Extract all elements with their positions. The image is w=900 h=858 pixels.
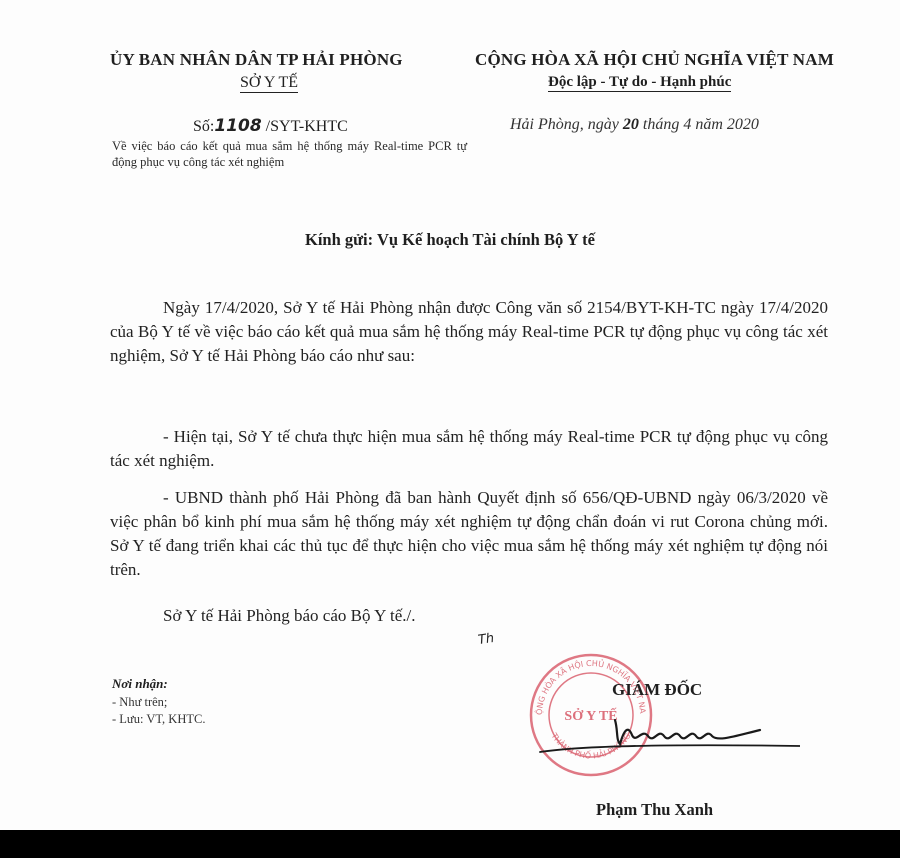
recipients-item: - Lưu: VT, KHTC. xyxy=(112,712,205,727)
national-title: CỘNG HÒA XÃ HỘI CHỦ NGHĨA VIỆT NAM xyxy=(475,50,834,70)
body-paragraph-text: Ngày 17/4/2020, Sở Y tế Hải Phòng nhận đ… xyxy=(110,296,828,368)
date-day-handwritten: 20 xyxy=(623,116,639,133)
recipient-line: Kính gửi: Vụ Kế hoạch Tài chính Bộ Y tế xyxy=(0,230,900,250)
body-paragraph-text: Sở Y tế Hải Phòng báo cáo Bộ Y tế./. xyxy=(110,604,828,628)
signer-title: GIÁM ĐỐC xyxy=(612,680,702,700)
body-paragraph: - Hiện tại, Sở Y tế chưa thực hiện mua s… xyxy=(110,425,828,473)
issuer-department: SỞ Y TẾ xyxy=(240,74,298,92)
body-paragraph: Sở Y tế Hải Phòng báo cáo Bộ Y tế./. xyxy=(110,604,828,628)
national-motto: Độc lập - Tự do - Hạnh phúc xyxy=(548,74,731,91)
handwritten-signature-icon xyxy=(520,700,800,760)
recipients-item: - Như trên; xyxy=(112,695,167,710)
signer-name: Phạm Thu Xanh xyxy=(596,800,713,820)
body-paragraph: Ngày 17/4/2020, Sở Y tế Hải Phòng nhận đ… xyxy=(110,296,828,368)
recipients-title: Nơi nhận: xyxy=(112,676,168,692)
issuer-department-text: SỞ Y TẾ xyxy=(240,74,298,93)
body-paragraph: - UBND thành phố Hải Phòng đã ban hành Q… xyxy=(110,486,828,582)
issuer-authority: ỦY BAN NHÂN DÂN TP HẢI PHÒNG xyxy=(110,50,403,70)
body-paragraph-text: - Hiện tại, Sở Y tế chưa thực hiện mua s… xyxy=(110,425,828,473)
bottom-black-bar xyxy=(0,830,900,858)
document-page: ỦY BAN NHÂN DÂN TP HẢI PHÒNG SỞ Y TẾ CỘN… xyxy=(0,0,900,830)
document-number-handwritten: 1108 xyxy=(214,116,261,136)
document-number: Số:1108 /SYT-KHTC xyxy=(193,116,348,136)
date-prefix: Hải Phòng, ngày xyxy=(510,116,623,133)
document-number-prefix: Số: xyxy=(193,118,214,135)
document-subject: Về việc báo cáo kết quả mua sắm hệ thống… xyxy=(112,138,467,170)
document-number-suffix: /SYT-KHTC xyxy=(262,118,348,135)
handwritten-initials: Th xyxy=(477,631,495,648)
national-motto-text: Độc lập - Tự do - Hạnh phúc xyxy=(548,74,731,92)
body-paragraph-text: - UBND thành phố Hải Phòng đã ban hành Q… xyxy=(110,486,828,582)
date-line: Hải Phòng, ngày 20 tháng 4 năm 2020 xyxy=(510,116,759,134)
date-suffix: tháng 4 năm 2020 xyxy=(639,116,759,133)
